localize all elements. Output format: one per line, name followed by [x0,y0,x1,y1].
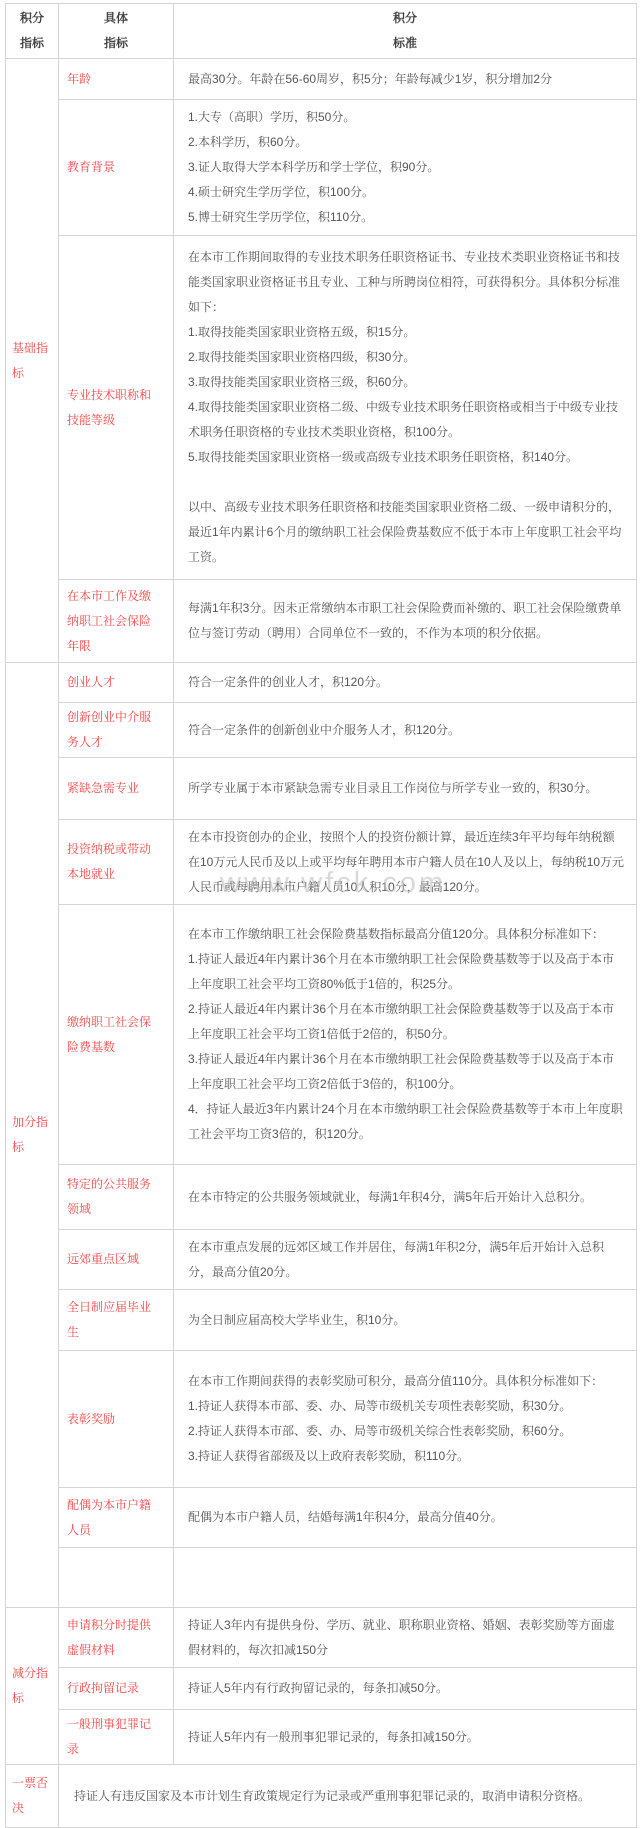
table-row: 行政拘留记录 持证人5年内有行政拘留记录的，每条扣减50分。 [6,1668,637,1710]
table-row: 加分指 标 创业人才 符合一定条件的创业人才，积120分。 [6,663,637,703]
table-header-row: 积分 指标 具体 指标 积分 标准 [6,4,637,59]
row-label-criminal-record: 一般刑事犯罪记 录 [59,1710,174,1765]
row-label-false-materials: 申请积分时提供 虚假材料 [59,1608,174,1668]
cell-standard-commendation-award: 在本市工作期间获得的表彰奖励可积分，最高分值110分。具体积分标准如下： 1.持… [174,1351,637,1488]
table-row: 教育背景 1.大专（高职）学历，积50分。 2.本科学历，积60分。 3.证人取… [6,100,637,236]
table-row: 紧缺急需专业 所学专业属于本市紧缺急需专业目录且工作岗位与所学专业一致的，积30… [6,758,637,820]
header-specific-indicator: 具体 指标 [59,4,174,59]
table-row: 投资纳税或带动 本地就业 在本市投资创办的企业，按照个人的投资份额计算，最近连续… [6,820,637,905]
page: { "colors": { "accent_red": "#f54545", "… [0,3,641,1782]
row-label-suburban-key-area: 远郊重点区域 [59,1230,174,1290]
row-label-spouse-local-hukou: 配偶为本市户籍 人员 [59,1488,174,1548]
table-row: 专业技术职称和 技能等级 在本市工作期间取得的专业技术职务任职资格证书、专业技术… [6,236,637,580]
cell-standard-insurance-base: 在本市工作缴纳职工社会保险费基数指标最高分值120分。具体积分标准如下： 1.持… [174,905,637,1165]
row-label-social-insurance-years: 在本市工作及缴 纳职工社会保险 年限 [59,580,174,663]
row-label-insurance-base: 缴纳职工社会保 险费基数 [59,905,174,1165]
cell-standard-fulltime-graduate: 为全日制应届高校大学毕业生，积10分。 [174,1290,637,1351]
row-label-administrative-detention: 行政拘留记录 [59,1668,174,1710]
row-label-shortage-major: 紧缺急需专业 [59,758,174,820]
header-points-standard: 积分 标准 [174,4,637,59]
cell-standard-spouse-local-hukou: 配偶为本市户籍人员，结婚每满1年积4分，最高分值40分。 [174,1488,637,1548]
cell-standard-criminal-record: 持证人5年内有一般刑事犯罪记录的，每条扣减150分。 [174,1710,637,1765]
cell-standard-suburban-key-area: 在本市重点发展的远郊区域工作并居住，每满1年积2分，满5年后开始计入总积分，最高… [174,1230,637,1290]
cell-standard-entrepreneur-talent: 符合一定条件的创业人才，积120分。 [174,663,637,703]
header-points-indicator: 积分 指标 [6,4,59,59]
row-label-fulltime-graduate: 全日制应届毕业 生 [59,1290,174,1351]
row-label-innovation-intermediary: 创新创业中介服 务人才 [59,703,174,758]
cell-standard-social-insurance-years: 每满1年积3分。因未正常缴纳本市职工社会保险费而补缴的、职工社会保险缴费单位与签… [174,580,637,663]
section-basic-indicators: 基础指 标 [6,59,59,663]
table-row: 远郊重点区域 在本市重点发展的远郊区域工作并居住，每满1年积2分，满5年后开始计… [6,1230,637,1290]
table-row: 一票否 决 持证人有违反国家及本市计划生育政策规定行为记录或严重刑事犯罪记录的，… [6,1765,637,1828]
cell-standard-age: 最高30分。年龄在56-60周岁，积5分；年龄每减少1岁，积分增加2分 [174,59,637,100]
table-row: 创新创业中介服 务人才 符合一定条件的创新创业中介服务人才，积120分。 [6,703,637,758]
table-row: 配偶为本市户籍 人员 配偶为本市户籍人员，结婚每满1年积4分，最高分值40分。 [6,1488,637,1548]
table-row [6,1548,637,1608]
table-row: 一般刑事犯罪记 录 持证人5年内有一般刑事犯罪记录的，每条扣减150分。 [6,1710,637,1765]
table-row: 特定的公共服务 领域 在本市特定的公共服务领域就业，每满1年积4分，满5年后开始… [6,1165,637,1230]
cell-standard-investment-tax: 在本市投资创办的企业，按照个人的投资份额计算，最近连续3年平均每年纳税额在10万… [174,820,637,905]
cell-standard-one-vote-veto: 持证人有违反国家及本市计划生育政策规定行为记录或严重刑事犯罪记录的，取消申请积分… [59,1765,637,1828]
cell-standard-false-materials: 持证人3年内有提供身份、学历、就业、职称职业资格、婚姻、表彰奖励等方面虚假材料的… [174,1608,637,1668]
points-table: 积分 指标 具体 指标 积分 标准 基础指 标 年龄 最高30分。年龄在56-6… [5,3,637,1828]
cell-standard-innovation-intermediary: 符合一定条件的创新创业中介服务人才，积120分。 [174,703,637,758]
row-label-spouse-extra [59,1548,174,1608]
cell-standard-shortage-major: 所学专业属于本市紧缺急需专业目录且工作岗位与所学专业一致的，积30分。 [174,758,637,820]
table-row: 减分指 标 申请积分时提供 虚假材料 持证人3年内有提供身份、学历、就业、职称职… [6,1608,637,1668]
row-label-education: 教育背景 [59,100,174,236]
section-bonus-indicators: 加分指 标 [6,663,59,1608]
row-label-commendation-award: 表彰奖励 [59,1351,174,1488]
table-row: 缴纳职工社会保 险费基数 在本市工作缴纳职工社会保险费基数指标最高分值120分。… [6,905,637,1165]
row-label-investment-tax: 投资纳税或带动 本地就业 [59,820,174,905]
cell-standard-administrative-detention: 持证人5年内有行政拘留记录的，每条扣减50分。 [174,1668,637,1710]
table-row: 在本市工作及缴 纳职工社会保险 年限 每满1年积3分。因未正常缴纳本市职工社会保… [6,580,637,663]
table-row: 基础指 标 年龄 最高30分。年龄在56-60周岁，积5分；年龄每减少1岁，积分… [6,59,637,100]
section-deduction-indicators: 减分指 标 [6,1608,59,1765]
cell-standard-education: 1.大专（高职）学历，积50分。 2.本科学历，积60分。 3.证人取得大学本科… [174,100,637,236]
row-label-public-service-field: 特定的公共服务 领域 [59,1165,174,1230]
cell-standard-professional-title: 在本市工作期间取得的专业技术职务任职资格证书、专业技术类职业资格证书和技能类国家… [174,236,637,580]
table-row: 表彰奖励 在本市工作期间获得的表彰奖励可积分，最高分值110分。具体积分标准如下… [6,1351,637,1488]
cell-standard-spouse-extra [174,1548,637,1608]
cell-standard-public-service-field: 在本市特定的公共服务领域就业，每满1年积4分，满5年后开始计入总积分。 [174,1165,637,1230]
row-label-professional-title: 专业技术职称和 技能等级 [59,236,174,580]
row-label-age: 年龄 [59,59,174,100]
row-label-entrepreneur-talent: 创业人才 [59,663,174,703]
section-one-vote-veto: 一票否 决 [6,1765,59,1828]
table-row: 全日制应届毕业 生 为全日制应届高校大学毕业生，积10分。 [6,1290,637,1351]
